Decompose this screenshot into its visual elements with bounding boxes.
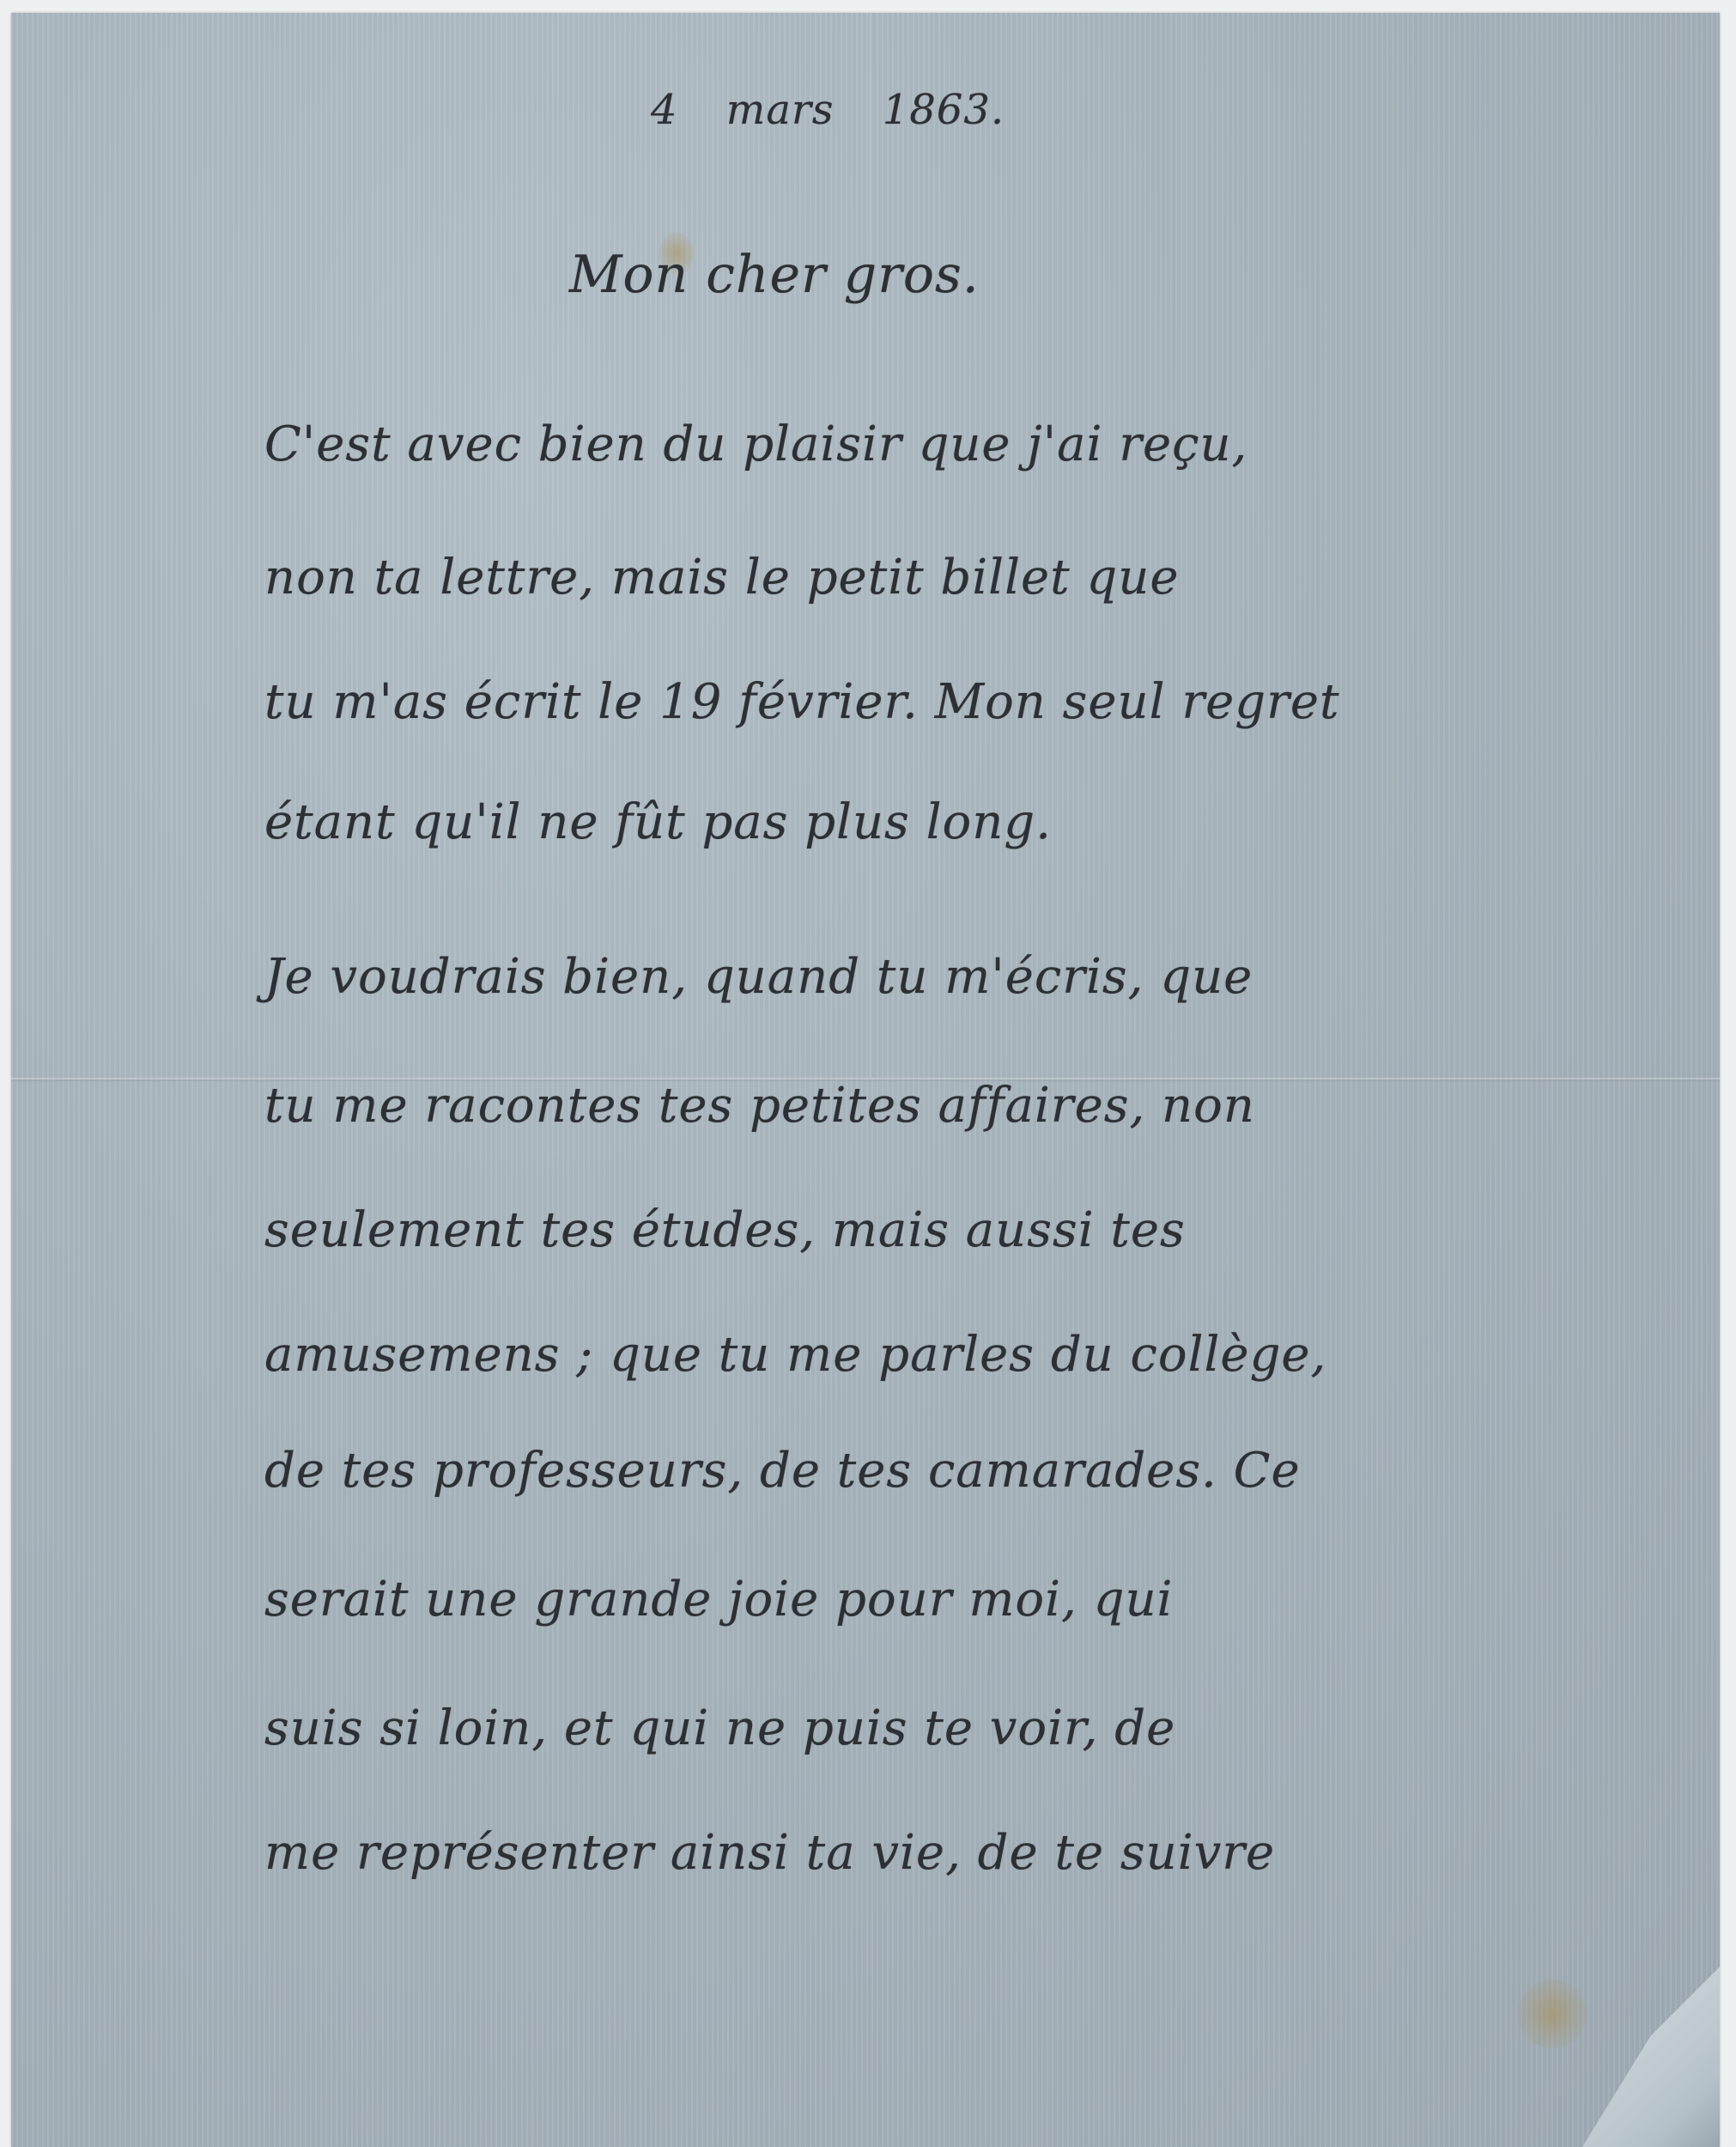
letter-line: Je voudrais bien, quand tu m'écris, que — [264, 949, 1253, 1005]
letter-salutation: Mon cher gros. — [569, 245, 980, 305]
curled-corner — [1582, 1924, 1720, 2147]
letter-line: serait une grande joie pour moi, qui — [264, 1572, 1173, 1627]
letter-line: de tes professeurs, de tes camarades. Ce — [264, 1443, 1301, 1499]
letter-line: C'est avec bien du plaisir que j'ai reçu… — [264, 417, 1247, 472]
letter-line: non ta lettre, mais le petit billet que — [264, 550, 1179, 605]
letter-line: étant qu'il ne fût pas plus long. — [264, 794, 1052, 850]
letter-line: tu m'as écrit le 19 février. Mon seul re… — [264, 674, 1339, 730]
letter-line: suis si loin, et qui ne puis te voir, de — [264, 1700, 1175, 1756]
letter-paper: 4 mars 1863. Mon cher gros. C'est avec b… — [11, 13, 1720, 2147]
letter-line: seulement tes études, mais aussi tes — [264, 1202, 1186, 1258]
vertical-fold-crease — [870, 13, 873, 1078]
letter-line: amusemens ; que tu me parles du collège, — [264, 1327, 1326, 1383]
letter-line: tu me racontes tes petites affaires, non — [264, 1078, 1255, 1134]
letter-date: 4 mars 1863. — [651, 86, 1005, 134]
letter-line: me représenter ainsi ta vie, de te suivr… — [264, 1825, 1275, 1881]
foxing-stain — [1518, 1980, 1587, 2048]
